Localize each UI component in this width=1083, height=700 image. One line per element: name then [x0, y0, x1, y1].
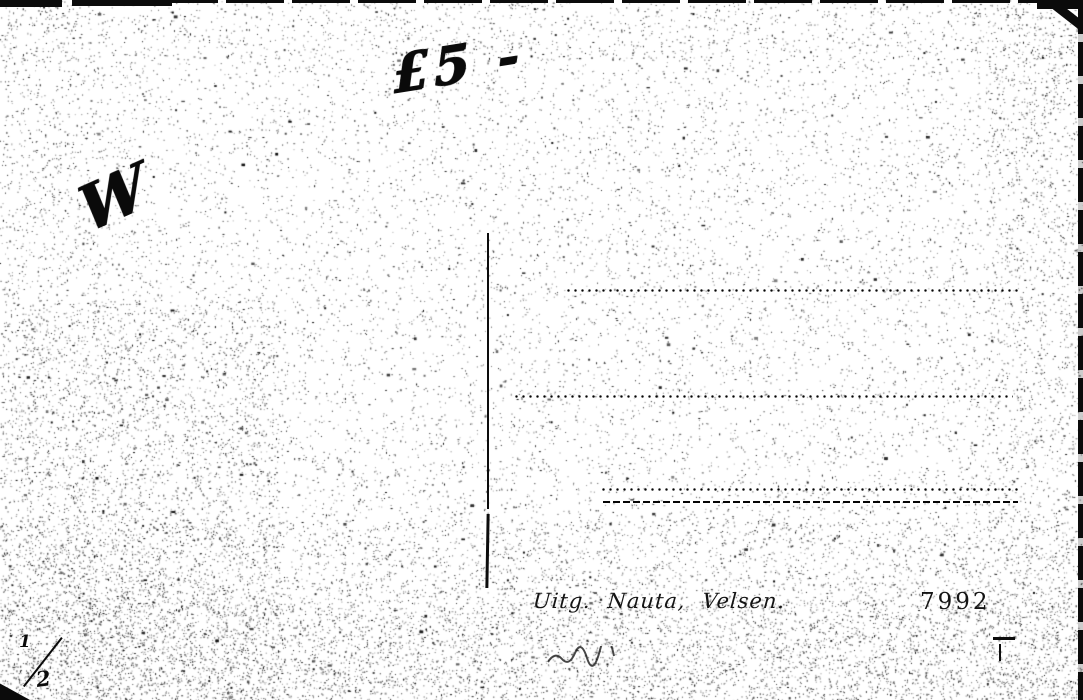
fraction-denominator: 2	[34, 665, 52, 692]
scan-edge-top-segment	[72, 0, 172, 6]
scan-edge-top-line	[160, 0, 1083, 3]
publisher-imprint: Uitg. Nauta, Velsen.	[532, 589, 786, 613]
address-line-1	[565, 289, 1020, 292]
scan-edge-top-segment	[0, 0, 62, 7]
stray-tick-mark	[999, 644, 1001, 661]
handwritten-fraction-mark: 1 2	[10, 630, 70, 696]
stray-dash-mark	[993, 637, 1015, 640]
address-line-4	[603, 501, 1018, 503]
address-line-2	[513, 395, 1013, 398]
card-serial-number: 7992	[920, 589, 991, 615]
center-divider-line	[487, 233, 489, 509]
center-divider-line-lower	[485, 514, 489, 588]
address-line-3	[600, 488, 1018, 491]
postcard-back-scan: £5 - W 1 2 Uitg. Nauta, Velsen. 7992	[0, 0, 1083, 700]
scan-edge-right	[1078, 0, 1083, 700]
handwritten-letter-mark: W	[71, 149, 155, 248]
handwritten-price-mark: £5 -	[391, 24, 525, 106]
fraction-numerator: 1	[19, 632, 31, 652]
faint-scribble-mark	[545, 646, 620, 672]
